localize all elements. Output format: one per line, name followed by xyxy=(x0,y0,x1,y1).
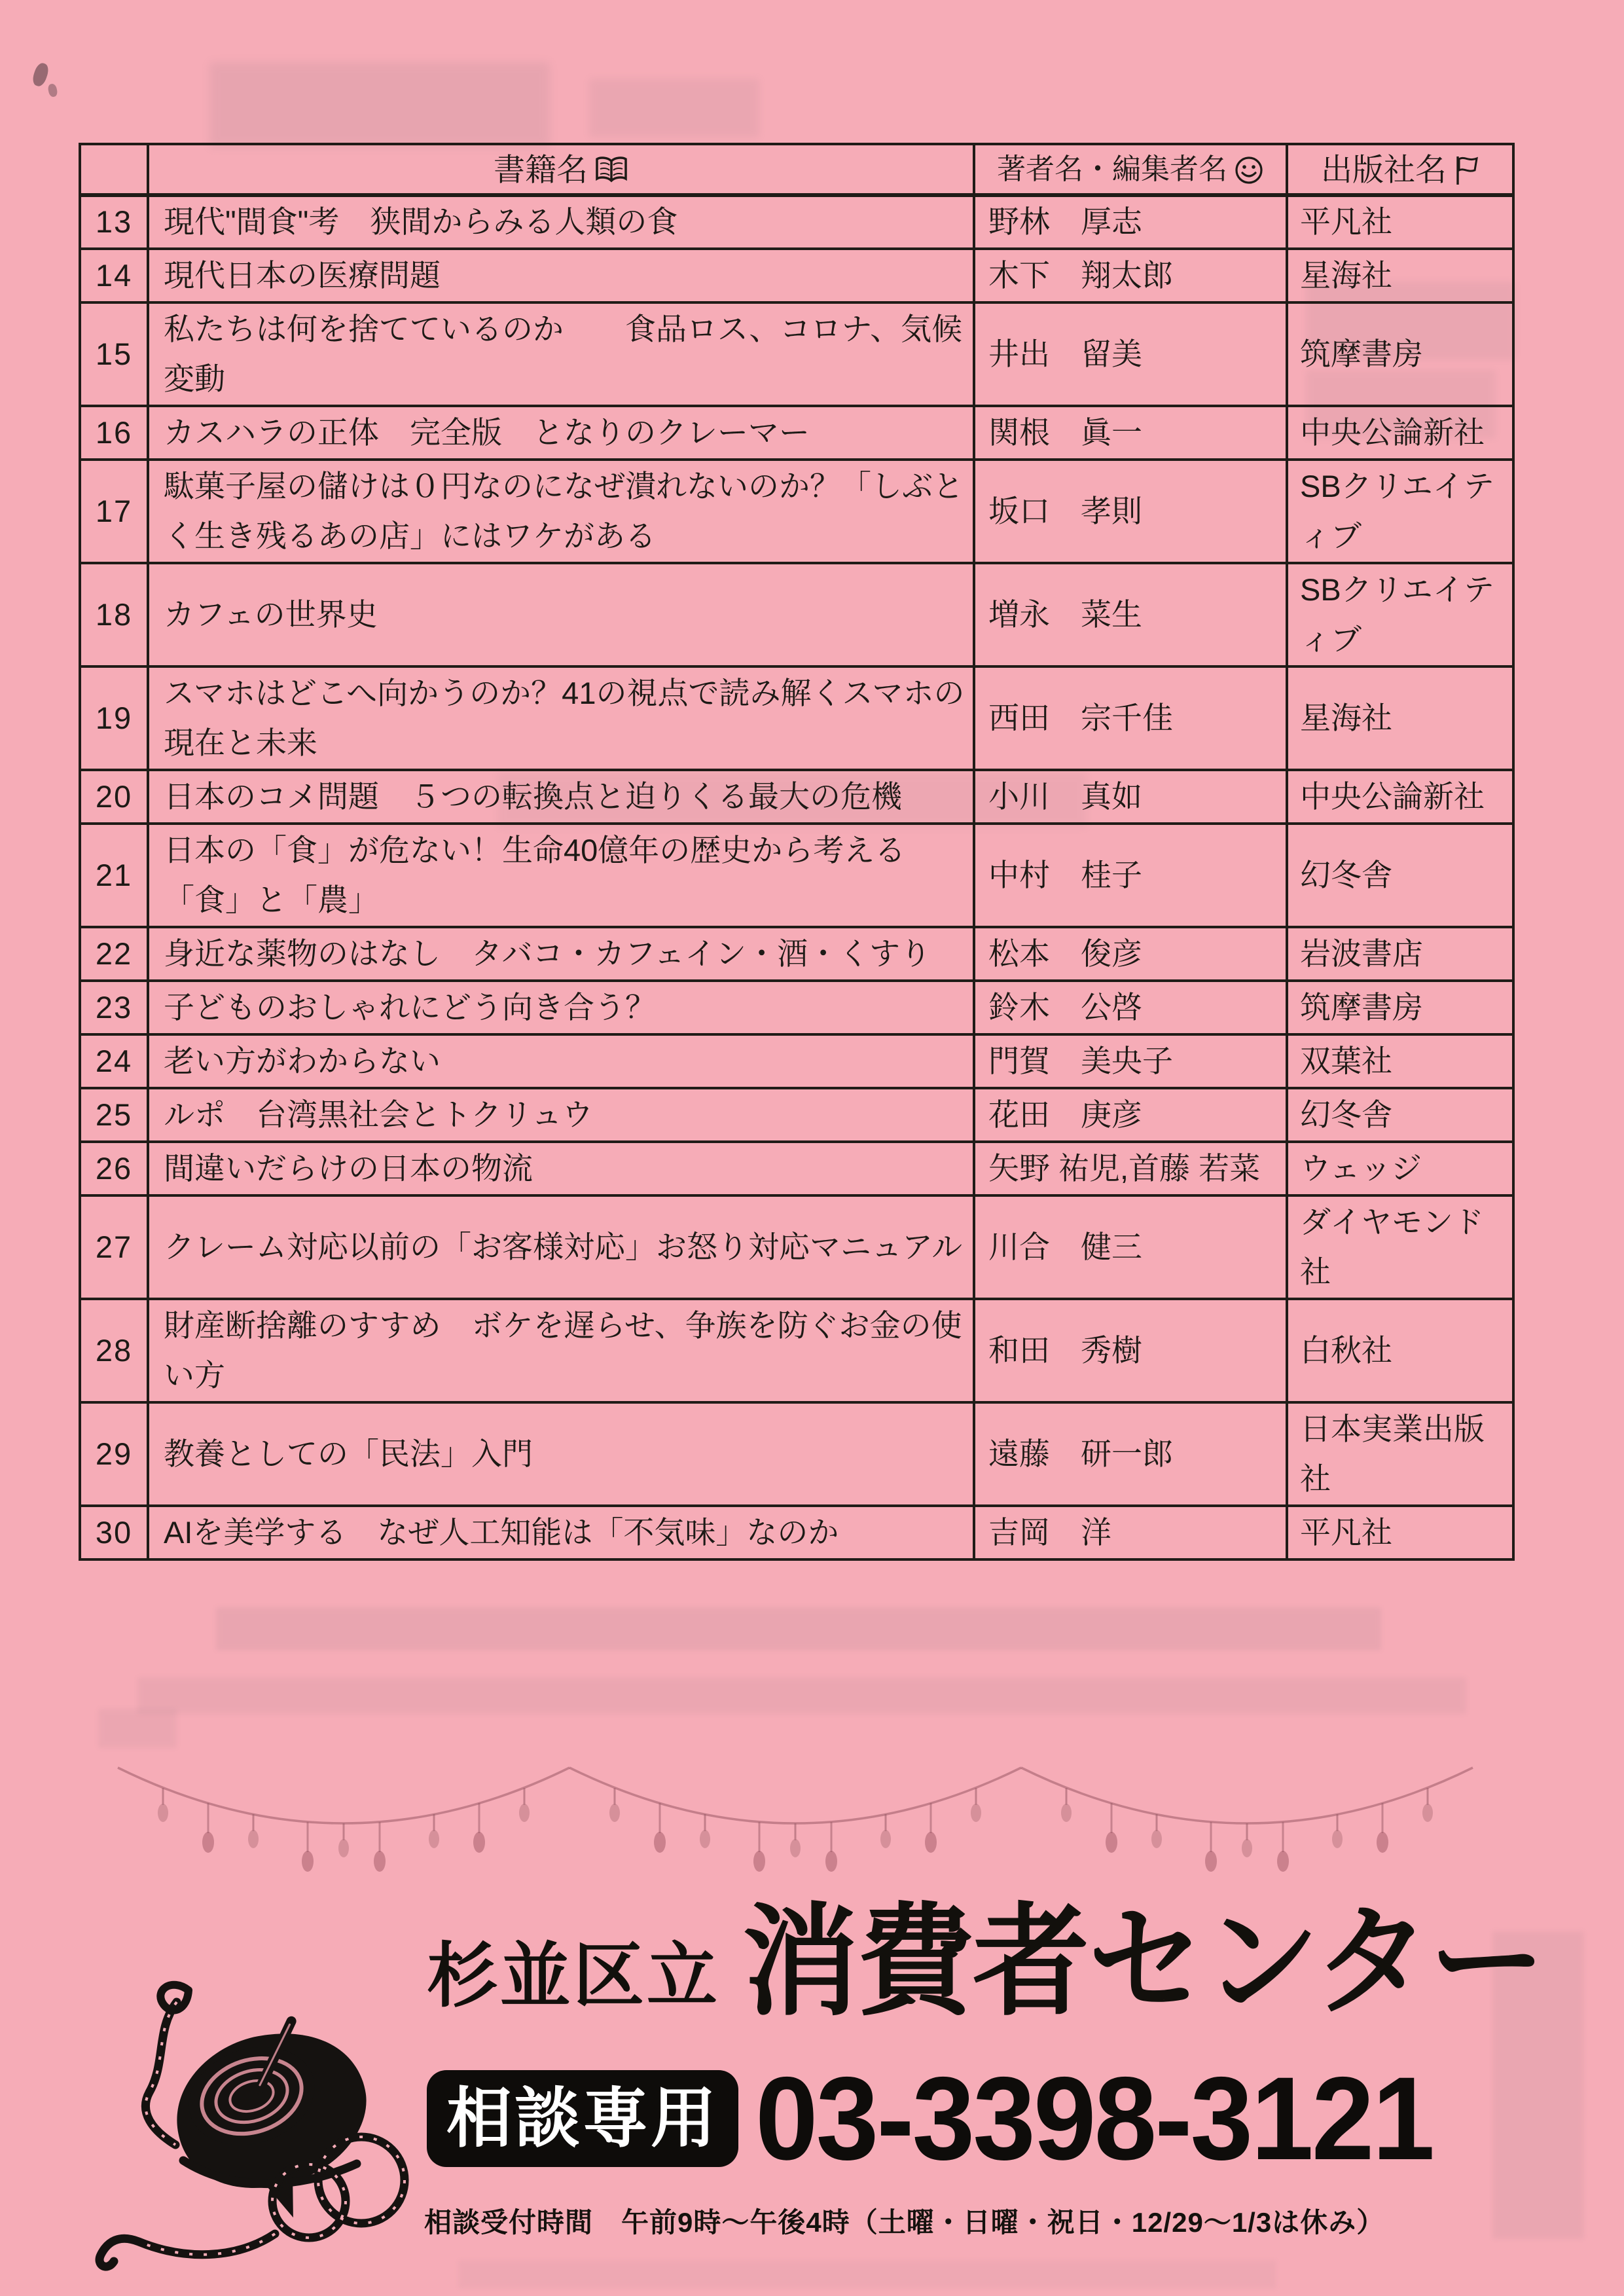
header-book-title-label: 書籍名 xyxy=(494,153,588,187)
print-through-ghost xyxy=(216,1607,1381,1650)
author-cell: 遠藤 研一郎 xyxy=(974,1402,1287,1506)
row-number-cell: 13 xyxy=(80,195,148,249)
table-row: 26 間違いだらけの日本の物流 矢野 祐児,首藤 若菜 ウェッジ xyxy=(80,1142,1513,1195)
book-title-cell: 日本の「食」が危ない！生命40億年の歴史から考える「食」と「農」 xyxy=(148,824,974,927)
book-title-cell: 現代日本の医療問題 xyxy=(148,249,974,302)
phone-line: 相談専用 03-3398-3121 xyxy=(427,2062,1433,2175)
header-author: 著者名・編集者名 xyxy=(974,144,1287,195)
header-publisher-label: 出版社名 xyxy=(1321,153,1447,187)
row-number-cell: 25 xyxy=(80,1088,148,1142)
row-number-cell: 19 xyxy=(80,666,148,770)
book-title-cell: 財産断捨離のすすめ ボケを遅らせ、争族を防ぐお金の使い方 xyxy=(148,1299,974,1402)
publisher-cell: ウェッジ xyxy=(1287,1142,1513,1195)
publisher-cell: 星海社 xyxy=(1287,249,1513,302)
print-through-ghost xyxy=(458,2260,1276,2289)
publisher-cell: SBクリエイティブ xyxy=(1287,563,1513,666)
row-number-cell: 17 xyxy=(80,460,148,563)
print-through-ghost xyxy=(209,62,550,147)
book-title-cell: AIを美学する なぜ人工知能は「不気味」なのか xyxy=(148,1506,974,1559)
table-row: 23 子どものおしゃれにどう向き合う？ 鈴木 公啓 筑摩書房 xyxy=(80,981,1513,1034)
table-row: 17 駄菓子屋の儲けは０円なのになぜ潰れないのか？「しぶとく生き残るあの店」には… xyxy=(80,460,1513,563)
author-cell: 吉岡 洋 xyxy=(974,1506,1287,1559)
phone-label-badge: 相談専用 xyxy=(427,2070,738,2167)
row-number-cell: 23 xyxy=(80,981,148,1034)
publisher-cell: ダイヤモンド社 xyxy=(1287,1195,1513,1299)
author-cell: 井出 留美 xyxy=(974,302,1287,406)
spinning-top-illustration xyxy=(79,1964,445,2272)
row-number-cell: 27 xyxy=(80,1195,148,1299)
book-title-cell: カスハラの正体 完全版 となりのクレーマー xyxy=(148,406,974,460)
header-number-column xyxy=(80,144,148,195)
table-row: 29 教養としての「民法」入門 遠藤 研一郎 日本実業出版社 xyxy=(80,1402,1513,1506)
book-title-cell: スマホはどこへ向かうのか？41の視点で読み解くスマホの現在と未来 xyxy=(148,666,974,770)
author-cell: 中村 桂子 xyxy=(974,824,1287,927)
author-cell: 門賀 美央子 xyxy=(974,1034,1287,1088)
header-author-label: 著者名・編集者名 xyxy=(997,153,1227,185)
author-cell: 矢野 祐児,首藤 若菜 xyxy=(974,1142,1287,1195)
row-number-cell: 15 xyxy=(80,302,148,406)
print-through-ghost xyxy=(98,1709,177,1748)
table-row: 25 ルポ 台湾黒社会とトクリュウ 花田 庚彦 幻冬舎 xyxy=(80,1088,1513,1142)
table-row: 13 現代"間食"考 狭間からみる人類の食 野林 厚志 平凡社 xyxy=(80,195,1513,249)
print-through-ghost xyxy=(589,79,759,137)
row-number-cell: 22 xyxy=(80,927,148,981)
smiley-face-icon xyxy=(1234,155,1264,185)
table-row: 19 スマホはどこへ向かうのか？41の視点で読み解くスマホの現在と未来 西田 宗… xyxy=(80,666,1513,770)
author-cell: 松本 俊彦 xyxy=(974,927,1287,981)
publisher-cell: 中央公論新社 xyxy=(1287,406,1513,460)
author-cell: 坂口 孝則 xyxy=(974,460,1287,563)
book-title-cell: 老い方がわからない xyxy=(148,1034,974,1088)
org-title: 杉並区立 消費者センター xyxy=(427,1904,1500,2020)
author-cell: 鈴木 公啓 xyxy=(974,981,1287,1034)
row-number-cell: 30 xyxy=(80,1506,148,1559)
publisher-cell: 白秋社 xyxy=(1287,1299,1513,1402)
row-number-cell: 24 xyxy=(80,1034,148,1088)
publisher-cell: 平凡社 xyxy=(1287,195,1513,249)
header-publisher: 出版社名 xyxy=(1287,144,1513,195)
author-cell: 川合 健三 xyxy=(974,1195,1287,1299)
table-row: 18 カフェの世界史 増永 菜生 SBクリエイティブ xyxy=(80,563,1513,666)
scan-speck xyxy=(47,83,58,98)
publisher-cell: 双葉社 xyxy=(1287,1034,1513,1088)
garland-decoration xyxy=(85,1758,1538,1889)
flag-icon xyxy=(1453,155,1479,186)
phone-number: 03-3398-3121 xyxy=(755,2060,1433,2178)
author-cell: 西田 宗千佳 xyxy=(974,666,1287,770)
publisher-cell: 平凡社 xyxy=(1287,1506,1513,1559)
table-header-row: 書籍名 著者名・編集者名 出版社名 xyxy=(80,144,1513,195)
publisher-cell: 筑摩書房 xyxy=(1287,302,1513,406)
book-title-cell: ルポ 台湾黒社会とトクリュウ xyxy=(148,1088,974,1142)
book-title-cell: 身近な薬物のはなし タバコ・カフェイン・酒・くすり xyxy=(148,927,974,981)
scan-speck xyxy=(31,62,50,88)
book-title-cell: 日本のコメ問題 ５つの転換点と迫りくる最大の危機 xyxy=(148,770,974,824)
publisher-cell: 中央公論新社 xyxy=(1287,770,1513,824)
table-row: 21 日本の「食」が危ない！生命40億年の歴史から考える「食」と「農」 中村 桂… xyxy=(80,824,1513,927)
table-row: 27 クレーム対応以前の「お客様対応」お怒り対応マニュアル 川合 健三 ダイヤモ… xyxy=(80,1195,1513,1299)
publisher-cell: 幻冬舎 xyxy=(1287,824,1513,927)
table-row: 22 身近な薬物のはなし タバコ・カフェイン・酒・くすり 松本 俊彦 岩波書店 xyxy=(80,927,1513,981)
book-title-cell: 現代"間食"考 狭間からみる人類の食 xyxy=(148,195,974,249)
office-hours: 相談受付時間 午前9時～午後4時（土曜・日曜・祝日・12/29～1/3は休み） xyxy=(424,2201,1384,2240)
book-title-cell: 間違いだらけの日本の物流 xyxy=(148,1142,974,1195)
author-cell: 和田 秀樹 xyxy=(974,1299,1287,1402)
org-prefix: 杉並区立 xyxy=(427,1941,720,2020)
book-list-table: 書籍名 著者名・編集者名 出版社名 13 現代"間食"考 狭間からみる人類の食 … xyxy=(79,143,1515,1561)
book-title-cell: カフェの世界史 xyxy=(148,563,974,666)
row-number-cell: 20 xyxy=(80,770,148,824)
author-cell: 小川 真如 xyxy=(974,770,1287,824)
publisher-cell: SBクリエイティブ xyxy=(1287,460,1513,563)
row-number-cell: 26 xyxy=(80,1142,148,1195)
table-row: 24 老い方がわからない 門賀 美央子 双葉社 xyxy=(80,1034,1513,1088)
publisher-cell: 日本実業出版社 xyxy=(1287,1402,1513,1506)
book-title-cell: 駄菓子屋の儲けは０円なのになぜ潰れないのか？「しぶとく生き残るあの店」にはワケが… xyxy=(148,460,974,563)
book-title-cell: 私たちは何を捨てているのか 食品ロス、コロナ、気候変動 xyxy=(148,302,974,406)
table-row: 28 財産断捨離のすすめ ボケを遅らせ、争族を防ぐお金の使い方 和田 秀樹 白秋… xyxy=(80,1299,1513,1402)
book-title-cell: 子どものおしゃれにどう向き合う？ xyxy=(148,981,974,1034)
table-row: 16 カスハラの正体 完全版 となりのクレーマー 関根 眞一 中央公論新社 xyxy=(80,406,1513,460)
publisher-cell: 幻冬舎 xyxy=(1287,1088,1513,1142)
row-number-cell: 16 xyxy=(80,406,148,460)
table-row: 14 現代日本の医療問題 木下 翔太郎 星海社 xyxy=(80,249,1513,302)
table-row: 30 AIを美学する なぜ人工知能は「不気味」なのか 吉岡 洋 平凡社 xyxy=(80,1506,1513,1559)
author-cell: 関根 眞一 xyxy=(974,406,1287,460)
author-cell: 増永 菜生 xyxy=(974,563,1287,666)
row-number-cell: 28 xyxy=(80,1299,148,1402)
org-name: 消費者センター xyxy=(742,1901,1544,2022)
row-number-cell: 18 xyxy=(80,563,148,666)
row-number-cell: 21 xyxy=(80,824,148,927)
publisher-cell: 岩波書店 xyxy=(1287,927,1513,981)
book-title-cell: 教養としての「民法」入門 xyxy=(148,1402,974,1506)
table-row: 20 日本のコメ問題 ５つの転換点と迫りくる最大の危機 小川 真如 中央公論新社 xyxy=(80,770,1513,824)
book-title-cell: クレーム対応以前の「お客様対応」お怒り対応マニュアル xyxy=(148,1195,974,1299)
author-cell: 木下 翔太郎 xyxy=(974,249,1287,302)
author-cell: 野林 厚志 xyxy=(974,195,1287,249)
header-book-title: 書籍名 xyxy=(148,144,974,195)
author-cell: 花田 庚彦 xyxy=(974,1088,1287,1142)
publisher-cell: 筑摩書房 xyxy=(1287,981,1513,1034)
table-row: 15 私たちは何を捨てているのか 食品ロス、コロナ、気候変動 井出 留美 筑摩書… xyxy=(80,302,1513,406)
print-through-ghost xyxy=(137,1677,1466,1714)
open-book-icon xyxy=(594,156,628,185)
publisher-cell: 星海社 xyxy=(1287,666,1513,770)
row-number-cell: 29 xyxy=(80,1402,148,1506)
row-number-cell: 14 xyxy=(80,249,148,302)
